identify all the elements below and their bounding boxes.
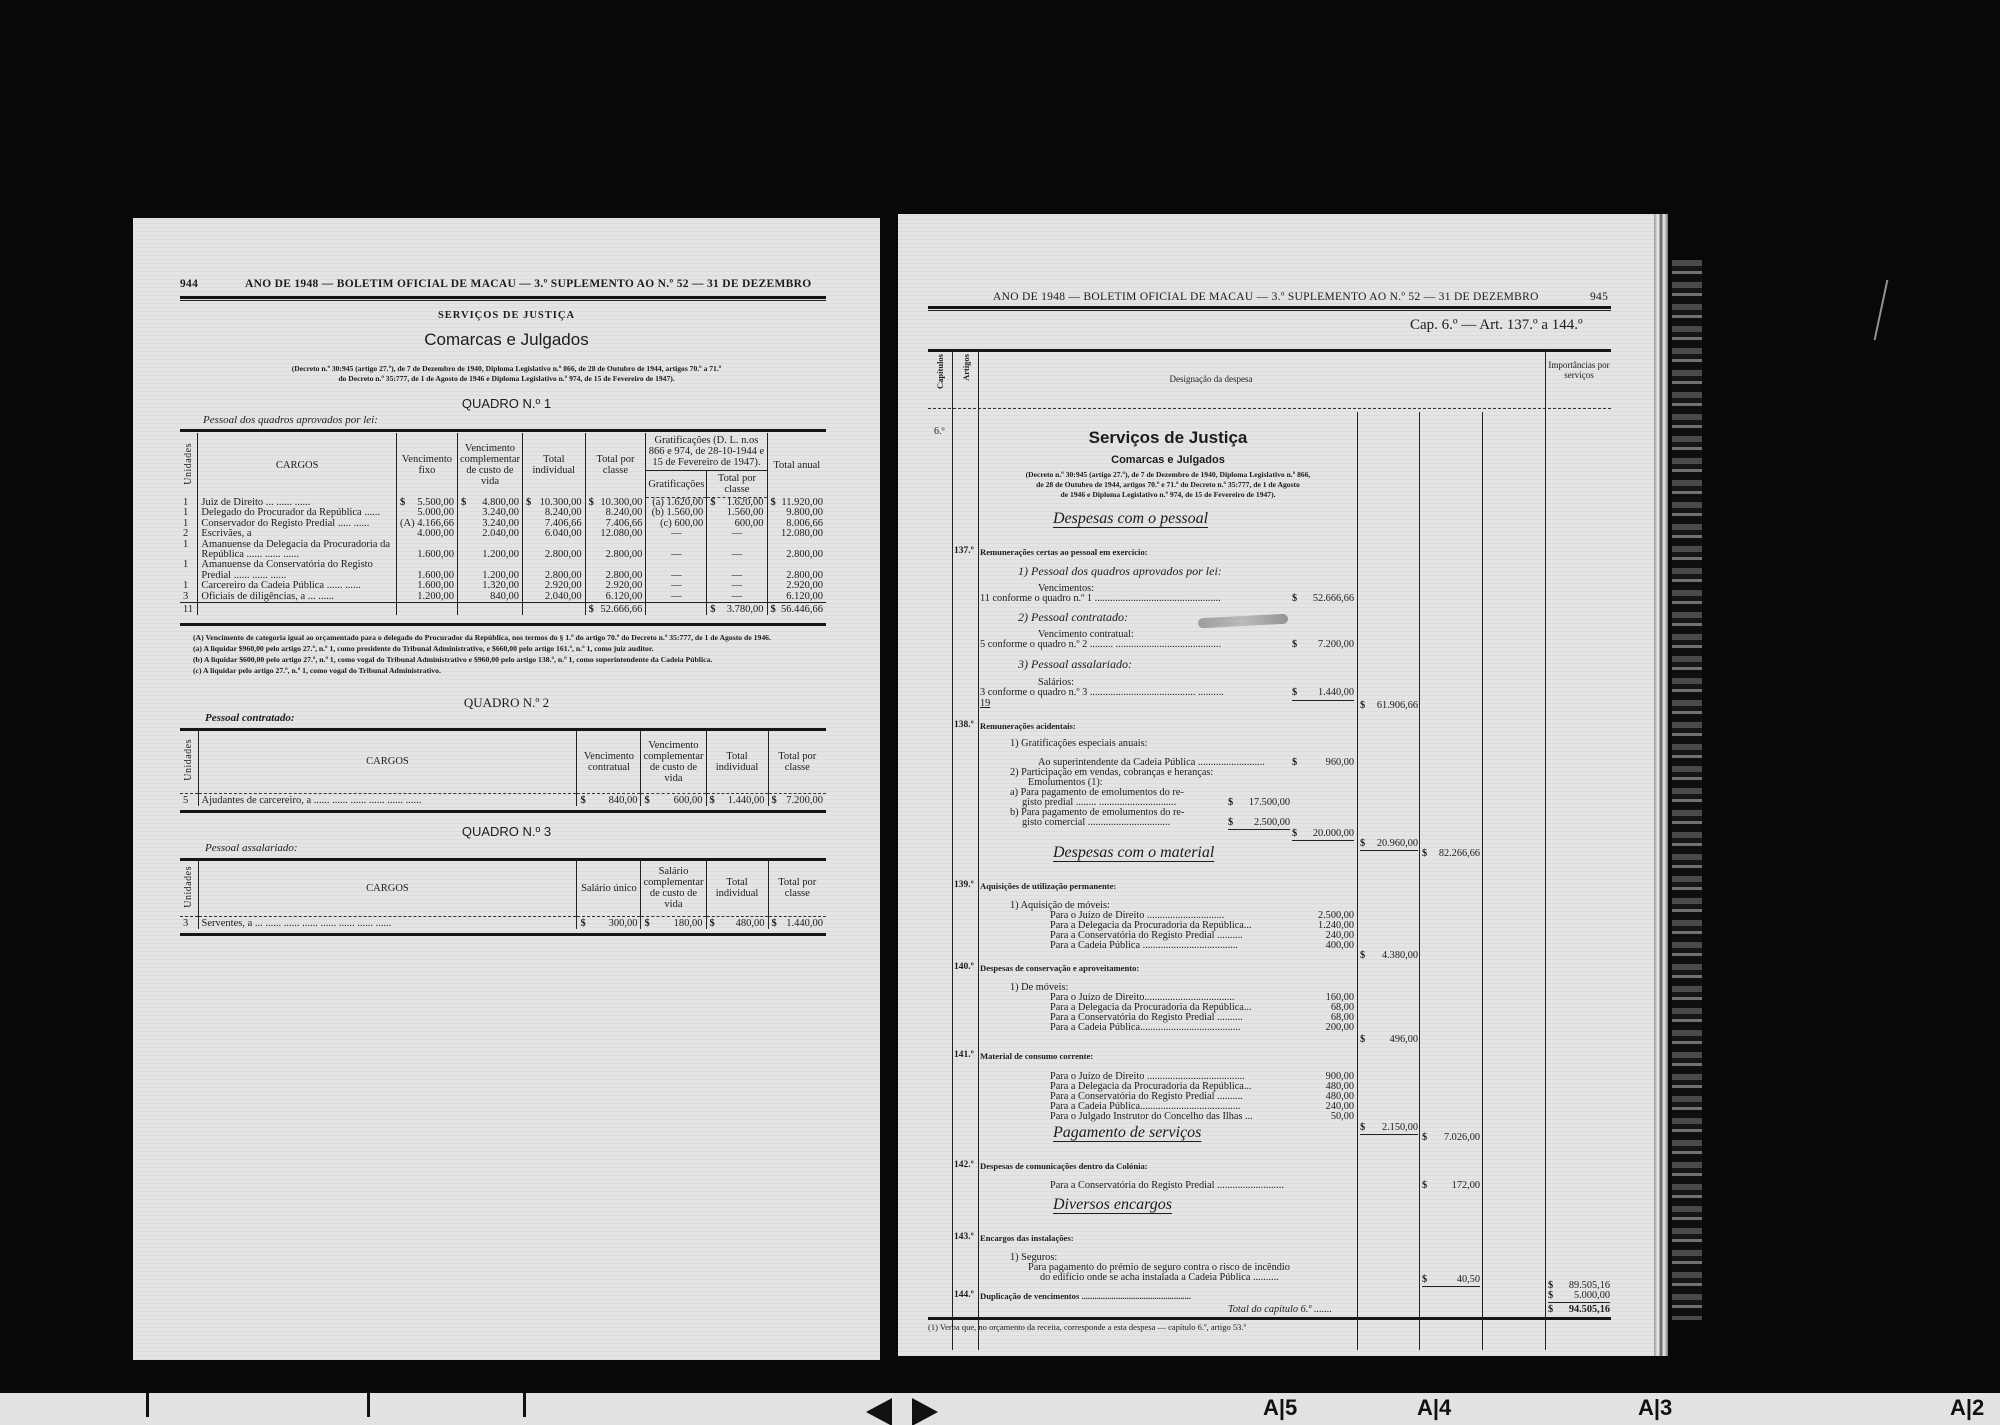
quadro1-bottom-rule xyxy=(180,623,826,626)
article-title: Remunerações acidentais: xyxy=(980,721,1076,731)
table-top-rule xyxy=(928,349,1611,352)
amount: $17.500,00 xyxy=(1228,797,1290,808)
col-total-classe: Total por classe xyxy=(768,731,826,793)
subsection: 1) Gratificações especiais anuais: xyxy=(1010,738,1148,749)
col-total-classe: Total por classe xyxy=(768,861,826,916)
col-line xyxy=(1545,350,1546,1350)
legal-reference-2: de 28 de Outubro de 1944, artigos 70.º e… xyxy=(978,480,1358,490)
quadro3-title: QUADRO N.º 3 xyxy=(133,824,880,839)
col-total-classe: Total por classe xyxy=(585,433,646,498)
quadro2-bottom-rule xyxy=(180,810,826,813)
amount: $2.500,00 xyxy=(1228,817,1290,828)
col-venc-fixo: Vencimento fixo xyxy=(397,433,458,498)
amount-total: $4.380,00 xyxy=(1360,950,1418,961)
amount: $52.666,66 xyxy=(1292,593,1354,604)
right-page: ANO DE 1948 — BOLETIM OFICIAL DE MACAU —… xyxy=(898,214,1654,1356)
header-rule-thin xyxy=(180,300,826,301)
article-title: Duplicação de vencimentos ..............… xyxy=(980,1291,1191,1301)
amount-total: $61.906,66 xyxy=(1360,700,1418,711)
sum-rule xyxy=(1292,840,1354,841)
article-title: Aquisições de utilização permanente: xyxy=(980,881,1116,891)
article-number: 142.º xyxy=(954,1160,974,1170)
footnote: (1) Verba que, no orçamento da receita, … xyxy=(928,1322,1246,1333)
article-number: 140.º xyxy=(954,962,974,972)
amount-total: $496,00 xyxy=(1360,1034,1418,1045)
line-label: 3 conforme o quadro n.º 3 ..............… xyxy=(980,687,1224,698)
quadro1-title: QUADRO N.º 1 xyxy=(133,396,880,411)
left-page: 944 ANO DE 1948 — BOLETIM OFICIAL DE MAC… xyxy=(133,218,880,1360)
col-grat-group: Gratificações (D. L. n.os 866 e 974, de … xyxy=(646,433,767,471)
article-title: Despesas de conservação e aproveitamento… xyxy=(980,963,1139,973)
col-capitulos: Capítulos xyxy=(928,354,952,404)
page-binding-edge xyxy=(1654,214,1668,1356)
col-gratificacoes: Gratificações xyxy=(646,471,707,498)
line-label: Para a Cadeia Pública...................… xyxy=(1050,1022,1240,1033)
quadro1-subtitle: Pessoal dos quadros aprovados por lei: xyxy=(203,414,378,426)
sum-rule xyxy=(1360,1134,1418,1135)
table-row: 1Amanuense da Conservatória do Registo P… xyxy=(180,560,826,581)
amount: 200,00 xyxy=(1292,1022,1354,1033)
quadro3-bottom-rule xyxy=(180,933,826,936)
quadro3-subtitle: Pessoal assalariado: xyxy=(205,842,298,854)
col-line xyxy=(978,350,979,1350)
left-page-number: 944 xyxy=(180,278,198,290)
col-line xyxy=(952,350,953,1350)
frame-arrow-right-icon xyxy=(912,1398,938,1425)
col-venc-compl: Vencimento complementar de custo de vida xyxy=(457,433,522,498)
quadro2-title: QUADRO N.º 2 xyxy=(133,695,880,711)
table-row: 5 Ajudantes de carcereiro, a ...... ....… xyxy=(180,793,826,806)
header-bottom-rule xyxy=(928,408,1611,409)
line-label: Para a Cadeia Pública ..................… xyxy=(1050,940,1238,951)
col-unidades: Unidades xyxy=(180,861,198,916)
sum-rule xyxy=(1292,700,1354,701)
header-rule-thin xyxy=(928,310,1611,311)
sum-rule xyxy=(1422,1286,1480,1287)
col-salario-unico: Salário único xyxy=(577,861,641,916)
col-unidades: Unidades xyxy=(180,731,198,793)
table-row: 3 Serventes, a ... ...... ...... ...... … xyxy=(180,916,826,929)
chapter-number: 6.º xyxy=(934,426,945,437)
quadro2-table: Unidades CARGOS Vencimento contratual Ve… xyxy=(180,731,826,806)
section-pagamento-servicos: Pagamento de serviços xyxy=(1053,1124,1201,1142)
line-label: Para o Julgado Instrutor do Concelho das… xyxy=(1050,1111,1253,1122)
col-cargos: CARGOS xyxy=(198,433,397,498)
amount-grand-total: $94.505,16 xyxy=(1548,1304,1610,1315)
col-total-anual: Total anual xyxy=(767,433,826,498)
quadro2-subtitle: Pessoal contratado: xyxy=(205,712,295,724)
legal-reference-2: do Decreto n.º 35:777, de 1 de Agosto de… xyxy=(133,374,880,384)
col-total-individual: Total individual xyxy=(706,861,768,916)
legal-reference-1: (Decreto n.º 30:945 (artigo 27.º), de 7 … xyxy=(978,470,1358,480)
amount-total: $20.960,00 xyxy=(1360,838,1418,849)
col-importancias: Importâncias por serviços xyxy=(1546,360,1612,380)
article-number: 141.º xyxy=(954,1050,974,1060)
amount: $20.000,00 xyxy=(1292,828,1354,839)
col-total-individual: Total individual xyxy=(706,731,768,793)
article-number: 143.º xyxy=(954,1232,974,1242)
film-scratch xyxy=(1874,280,1899,340)
amount: 50,00 xyxy=(1292,1111,1354,1122)
col-cargos: CARGOS xyxy=(198,731,577,793)
article-number: 138.º xyxy=(954,720,974,730)
subsection: 2) Pessoal contratado: xyxy=(1018,612,1128,623)
amount: $40,50 xyxy=(1422,1274,1480,1285)
strip-mark: A|2 xyxy=(1950,1395,1984,1421)
section-heading: SERVIÇOS DE JUSTIÇA xyxy=(133,310,880,321)
chapter-reference: Cap. 6.º — Art. 137.º a 144.º xyxy=(1410,317,1583,334)
right-running-head: ANO DE 1948 — BOLETIM OFICIAL DE MACAU —… xyxy=(993,291,1539,303)
amount: $960,00 xyxy=(1292,757,1354,768)
section-diversos-encargos: Diversos encargos xyxy=(1053,1196,1172,1214)
col-cargos: CARGOS xyxy=(198,861,577,916)
line-label: 5 conforme o quadro n.º 2 ......... ....… xyxy=(980,639,1221,650)
section-despesas-material: Despesas com o material xyxy=(1053,844,1214,862)
right-subtitle: Comarcas e Julgados xyxy=(978,454,1358,466)
strip-mark: A|3 xyxy=(1638,1395,1672,1421)
col-unidades: Unidades xyxy=(180,433,198,498)
sum-rule xyxy=(1228,829,1290,830)
strip-mark: A|4 xyxy=(1417,1395,1451,1421)
col-grat-total-classe: Total por classe xyxy=(707,471,767,498)
amount: $1.440,00 xyxy=(1292,687,1354,698)
page-title: Comarcas e Julgados xyxy=(133,330,880,350)
table-bottom-rule xyxy=(928,1317,1611,1320)
subsection: 1) Pessoal dos quadros aprovados por lei… xyxy=(1018,566,1222,577)
col-line xyxy=(1357,412,1358,1350)
col-total-individual: Total individual xyxy=(523,433,586,498)
article-title: Encargos das instalações: xyxy=(980,1233,1074,1243)
left-running-head: ANO DE 1948 — BOLETIM OFICIAL DE MACAU —… xyxy=(245,278,811,290)
col-venc-contratual: Vencimento contratual xyxy=(577,731,641,793)
article-title: Remunerações certas ao pessoal em exercí… xyxy=(980,547,1148,557)
header-rule xyxy=(928,306,1611,309)
amount-material-total: $7.026,00 xyxy=(1422,1132,1480,1143)
amount: $5.000,00 xyxy=(1548,1290,1610,1301)
staff-count: 19 xyxy=(980,698,990,709)
table-row: 1Amanuense da Delegacia da Procuradoria … xyxy=(180,540,826,561)
line-label: gisto comercial ........................… xyxy=(1022,817,1170,828)
article-title: Material de consumo corrente: xyxy=(980,1051,1093,1061)
sum-rule xyxy=(1548,1302,1610,1303)
article-number: 139.º xyxy=(954,880,974,890)
amount: $7.200,00 xyxy=(1292,639,1354,650)
total-label: Total do capítulo 6.º ....... xyxy=(1228,1304,1332,1315)
quadro3-table: Unidades CARGOS Salário único Salário co… xyxy=(180,861,826,929)
quadro1-top-rule xyxy=(180,429,826,432)
amount: 400,00 xyxy=(1292,940,1354,951)
film-strip xyxy=(0,1393,2000,1425)
section-despesas-pessoal: Despesas com o pessoal xyxy=(1053,510,1208,528)
strip-mark: A|5 xyxy=(1263,1395,1297,1421)
strip-tick xyxy=(367,1393,370,1417)
strip-tick xyxy=(146,1393,149,1417)
col-salario-compl: Salário complementar de custo de vida xyxy=(641,861,706,916)
table-total-row: 11 $52.666,66 $3.780,00 $56.446,66 xyxy=(180,603,826,616)
col-venc-compl: Vencimento complementar de custo de vida xyxy=(641,731,706,793)
header-rule xyxy=(180,296,826,299)
sum-rule xyxy=(1360,850,1418,851)
legal-reference-3: de 1946 e Diploma Legislativo n.º 974, d… xyxy=(978,490,1358,500)
article-title: Despesas de comunicações dentro da Colón… xyxy=(980,1161,1148,1171)
strip-tick xyxy=(523,1393,526,1417)
quadro1-table: Unidades CARGOS Vencimento fixo Vencimen… xyxy=(180,433,826,615)
amount-total: $2.150,00 xyxy=(1360,1122,1418,1133)
quadro1-notes: (A) Vencimento de categoria igual ao orç… xyxy=(183,632,823,676)
table-row: 3Oficiais de diligências, a ... ...... 1… xyxy=(180,592,826,603)
ink-smudge xyxy=(1198,614,1288,629)
line-label: Para a Conservatória do Registo Predial … xyxy=(1050,1180,1284,1191)
article-number: 137.º xyxy=(954,546,974,556)
subsection: 3) Pessoal assalariado: xyxy=(1018,659,1132,670)
article-number: 144.º xyxy=(954,1290,974,1300)
legal-reference-1: (Decreto n.º 30:945 (artigo 27.º), de 7 … xyxy=(133,364,880,374)
right-title: Serviços de Justiça xyxy=(978,428,1358,448)
page-edges xyxy=(1672,260,1702,1320)
col-line xyxy=(1482,412,1483,1350)
amount: $172,00 xyxy=(1422,1180,1480,1191)
col-line xyxy=(1419,412,1420,1350)
right-page-number: 945 xyxy=(1590,291,1608,303)
frame-arrow-left-icon xyxy=(866,1398,892,1425)
line-label: 11 conforme o quadro n.º 1 .............… xyxy=(980,593,1221,604)
line-label: do edifício onde se acha instalada a Cad… xyxy=(1040,1272,1279,1283)
amount-pessoal-total: $82.266,66 xyxy=(1422,848,1480,859)
col-artigos: Artigos xyxy=(954,354,978,404)
col-designacao: Designação da despesa xyxy=(978,374,1444,384)
